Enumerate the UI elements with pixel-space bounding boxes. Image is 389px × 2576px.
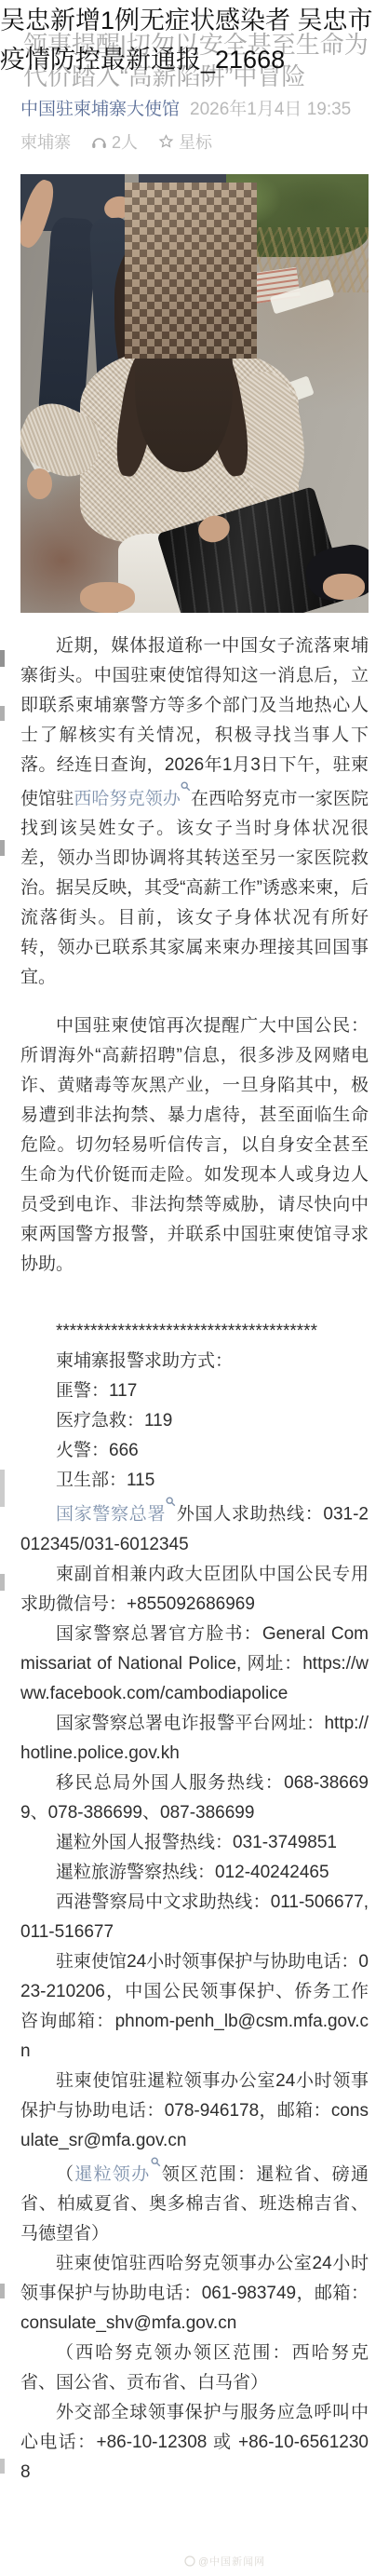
national-police-link[interactable]: 国家警察总署 (56, 1505, 166, 1525)
sihanoukville-office-link[interactable]: 西哈努克领办 (74, 789, 181, 808)
watermark-text: @中国新闻网 (198, 2554, 265, 2569)
reminder-paragraph: 中国驻柬使馆再次提醒广大中国公民：所谓海外“高薪招聘”信息，很多涉及网赌电诈、黄… (20, 1011, 369, 1280)
hotline-health: 卫生部：115 (20, 1466, 369, 1496)
scope-pre: （ (56, 2164, 74, 2184)
article-page: 领事提醒|切勿以安全甚至生命为代价踏入“高薪陷阱”中冒险 吴忠新增1例无症状感染… (0, 0, 389, 2576)
sihanoukville-police-line: 西港警察局中文求助热线：011-506677,011-516677 (20, 1888, 369, 1947)
hotline-police: 匪警：117 (20, 1376, 369, 1406)
siem-reap-police-line: 暹粒外国人报警热线：031-3749851 (20, 1828, 369, 1858)
edge-artifact (0, 2459, 5, 2474)
overlay-foreground-title: 吴忠新增1例无症状感染者 吴忠市疫情防控最新通报_21668 (0, 1, 389, 79)
article-photo[interactable] (20, 174, 369, 613)
headset-icon (91, 135, 107, 149)
search-link-icon (166, 1505, 176, 1515)
fraud-platform-line: 国家警察总署电诈报警平台网址：http://hotline.police.gov… (20, 1709, 369, 1769)
star-mark[interactable]: 星标 (158, 129, 212, 154)
listen-count[interactable]: 2人 (91, 129, 138, 154)
meta-row: 柬埔寨 2人 星标 (20, 129, 376, 154)
facebook-line: 国家警察总署官方脸书：General Commissariat of Natio… (20, 1620, 369, 1709)
intro-paragraph: 近期，媒体报道称一中国女子流落柬埔寨街头。中国驻柬使馆得知这一消息后，立即联系柬… (20, 631, 369, 993)
article-body: 近期，媒体报道称一中国女子流落柬埔寨街头。中国驻柬使馆得知这一消息后，立即联系柬… (20, 631, 369, 2488)
watermark: @中国新闻网 (184, 2554, 265, 2569)
intro-text-pre: 近期，媒体报道称一中国女子流落柬埔寨街头。中国驻柬使馆得知这一消息后，立即联系柬… (20, 636, 369, 808)
edge-artifact (0, 1574, 5, 1591)
listen-count-label: 2人 (112, 129, 138, 154)
shv-office-line: 驻柬使馆驻西哈努克领事办公室24小时领事保护与协助电话：061-983749，邮… (20, 2249, 369, 2339)
intro-text-post: 在西哈努克市一家医院找到该吴姓女子。该女子当时身体状况很差，领办当即协调将其转送… (20, 789, 369, 987)
edge-artifact (0, 706, 5, 721)
account-name-link[interactable]: 中国驻柬埔寨大使馆 (20, 100, 180, 119)
star-icon (158, 134, 174, 149)
edge-artifact (0, 650, 5, 667)
title-stack: 领事提醒|切勿以安全甚至生命为代价踏入“高薪陷阱”中冒险 吴忠新增1例无症状感染… (0, 0, 389, 91)
photo-face-pixelation (125, 183, 257, 358)
search-link-icon (181, 790, 191, 800)
siem-reap-tourist-line: 暹粒旅游警察热线：012-40242465 (20, 1858, 369, 1888)
location-label: 柬埔寨 (20, 129, 71, 154)
wechat-help-line: 柬副首相兼内政大臣团队中国公民专用求助微信号：+855092686969 (20, 1560, 369, 1620)
edge-artifact (0, 840, 5, 856)
siem-reap-office-link[interactable]: 暹粒领办 (74, 2164, 150, 2184)
photo-foot (323, 574, 365, 600)
mfa-hotline-line: 外交部全球领事保护与服务应急呼叫中心电话：+86-10-12308 或 +86-… (20, 2398, 369, 2488)
separator-stars: ************************************** (20, 1317, 369, 1347)
immigration-line: 移民总局外国人服务热线：068-386699、078-386699、087-38… (20, 1769, 369, 1828)
news-logo-icon (184, 2556, 195, 2567)
edge-artifact (0, 2284, 5, 2298)
photo-woman-knee (80, 582, 136, 613)
hotline-medical: 医疗急救：119 (20, 1406, 369, 1436)
publish-time: 2026年1月4日 19:35 (190, 100, 351, 119)
edge-artifact (0, 1470, 5, 1507)
account-row: 中国驻柬埔寨大使馆2026年1月4日 19:35 (20, 95, 376, 120)
photo-woman-hand (27, 468, 51, 499)
police-hq-paragraph: 国家警察总署外国人求助热线：031-2012345/031-6012345 (20, 1496, 369, 1559)
embassy-hotline-line: 驻柬使馆24小时领事保护与协助电话：023-210206，中国公民领事保护、侨务… (20, 1947, 369, 2067)
siem-reap-scope-paragraph: （暹粒领办领区范围：暹粒省、磅通省、柏威夏省、奥多棉吉省、班迭棉吉省、马德望省） (20, 2156, 369, 2249)
help-title: 柬埔寨报警求助方式： (20, 1347, 369, 1376)
star-label: 星标 (179, 129, 212, 154)
search-link-icon (151, 2165, 161, 2176)
shv-scope-line: （西哈努克领办领区范围：西哈努克省、国公省、贡布省、白马省） (20, 2339, 369, 2398)
hotline-fire: 火警：666 (20, 1436, 369, 1466)
siem-reap-office-line: 驻柬使馆驻暹粒领事办公室24小时领事保护与协助电话：078-946178，邮箱：… (20, 2067, 369, 2156)
